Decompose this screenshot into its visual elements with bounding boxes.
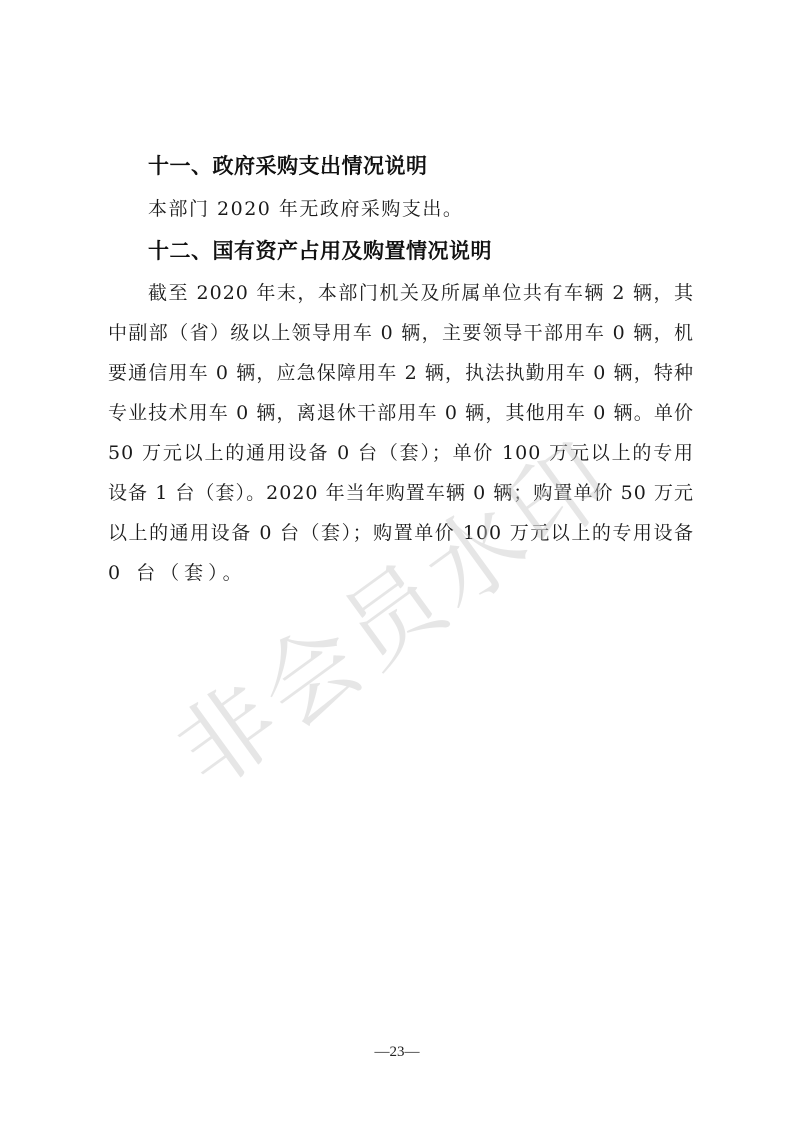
paragraph-line: 50 万元以上的通用设备 0 台（套）；单价 100 万元以上的专用: [108, 438, 694, 465]
section-heading-state-assets: 十二、国有资产占用及购置情况说明: [148, 235, 492, 265]
paragraph-line: 0 台（套）。: [108, 558, 694, 585]
paragraph-line: 设备 1 台（套）。2020 年当年购置车辆 0 辆；购置单价 50 万元: [108, 478, 694, 505]
paragraph-line: 要通信用车 0 辆，应急保障用车 2 辆，执法执勤用车 0 辆，特种: [108, 358, 694, 385]
paragraph-line: 中副部（省）级以上领导用车 0 辆，主要领导干部用车 0 辆，机: [108, 318, 694, 345]
paragraph-line: 专业技术用车 0 辆，离退休干部用车 0 辆，其他用车 0 辆。单价: [108, 398, 694, 425]
section-heading-government-procurement: 十一、政府采购支出情况说明: [148, 150, 428, 180]
paragraph-line: 截至 2020 年末，本部门机关及所属单位共有车辆 2 辆，其: [148, 278, 694, 305]
document-page: 十一、政府采购支出情况说明 本部门 2020 年无政府采购支出。 十二、国有资产…: [0, 0, 794, 1123]
paragraph-line: 本部门 2020 年无政府采购支出。: [148, 194, 734, 221]
paragraph-line: 以上的通用设备 0 台（套）；购置单价 100 万元以上的专用设备: [108, 518, 694, 545]
page-number: —23—: [0, 1044, 794, 1061]
